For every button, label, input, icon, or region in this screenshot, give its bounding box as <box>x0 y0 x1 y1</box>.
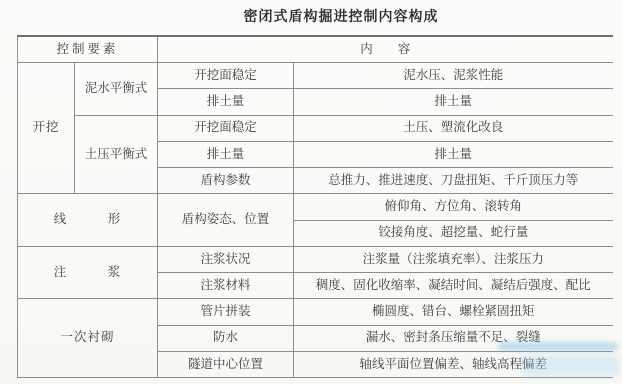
content-cell: 排土量 <box>294 89 613 115</box>
item-cell: 开挖面稳定 <box>158 63 294 89</box>
table-row: 注 浆 注浆状况 注浆量（注浆填充率）、注浆压力 <box>18 246 613 272</box>
cell-subgroup-earth-pressure-balance: 土压平衡式 <box>75 115 158 194</box>
content-cell: 漏水、密封条压缩量不足、裂缝 <box>294 325 613 351</box>
cell-group-excavation: 开挖 <box>18 63 75 194</box>
content-cell: 土压、塑流化改良 <box>294 115 613 141</box>
item-cell: 隧道中心位置 <box>158 351 294 377</box>
content-cell: 注浆量（注浆填充率）、注浆压力 <box>294 246 613 272</box>
item-cell: 注浆材料 <box>158 273 294 299</box>
item-cell: 盾构参数 <box>158 168 294 194</box>
table-title: 密闭式盾构掘进控制内容构成 <box>30 6 622 26</box>
item-cell: 开挖面稳定 <box>158 115 294 141</box>
item-cell: 排土量 <box>158 89 294 115</box>
content-cell: 轴线平面位置偏差、轴线高程偏差 <box>294 351 613 377</box>
table-row: 土压平衡式 开挖面稳定 土压、塑流化改良 <box>18 115 613 141</box>
table-row: 开挖 泥水平衡式 开挖面稳定 泥水压、泥浆性能 <box>18 63 613 89</box>
shield-tunneling-control-table: 控制要素 内 容 开挖 泥水平衡式 开挖面稳定 泥水压、泥浆性能 排土量 排土量… <box>17 35 613 378</box>
item-cell: 盾构姿态、位置 <box>158 194 294 247</box>
item-cell: 注浆状况 <box>158 246 294 272</box>
content-cell: 铰接角度、超挖量、蛇行量 <box>294 220 613 246</box>
item-cell: 防水 <box>158 325 294 351</box>
cell-subgroup-slurry-balance: 泥水平衡式 <box>75 63 158 116</box>
content-cell: 排土量 <box>294 141 613 167</box>
scanned-document-page: 密闭式盾构掘进控制内容构成 控制要素 内 容 开挖 泥水平衡式 开挖面稳定 泥水… <box>0 0 622 384</box>
content-cell: 稠度、固化收缩率、凝结时间、凝结后强度、配比 <box>294 273 613 299</box>
header-cell-content: 内 容 <box>158 36 613 63</box>
item-cell: 排土量 <box>158 141 294 167</box>
table-row: 一次衬砌 管片拼装 椭圆度、错台、螺栓紧固扭矩 <box>18 299 613 325</box>
content-cell: 椭圆度、错台、螺栓紧固扭矩 <box>294 299 613 325</box>
table-header-row: 控制要素 内 容 <box>18 36 613 63</box>
cell-group-grouting: 注 浆 <box>18 246 158 299</box>
item-cell: 管片拼装 <box>158 299 294 325</box>
header-cell-control-elements: 控制要素 <box>18 36 158 63</box>
table-row: 线 形 盾构姿态、位置 俯仰角、方位角、滚转角 <box>18 194 613 220</box>
content-cell: 泥水压、泥浆性能 <box>294 63 613 89</box>
content-cell: 俯仰角、方位角、滚转角 <box>294 194 613 220</box>
cell-group-primary-lining: 一次衬砌 <box>18 299 158 378</box>
content-cell: 总推力、推进速度、刀盘扭矩、千斤顶压力等 <box>294 168 613 194</box>
cell-group-alignment: 线 形 <box>18 194 158 247</box>
